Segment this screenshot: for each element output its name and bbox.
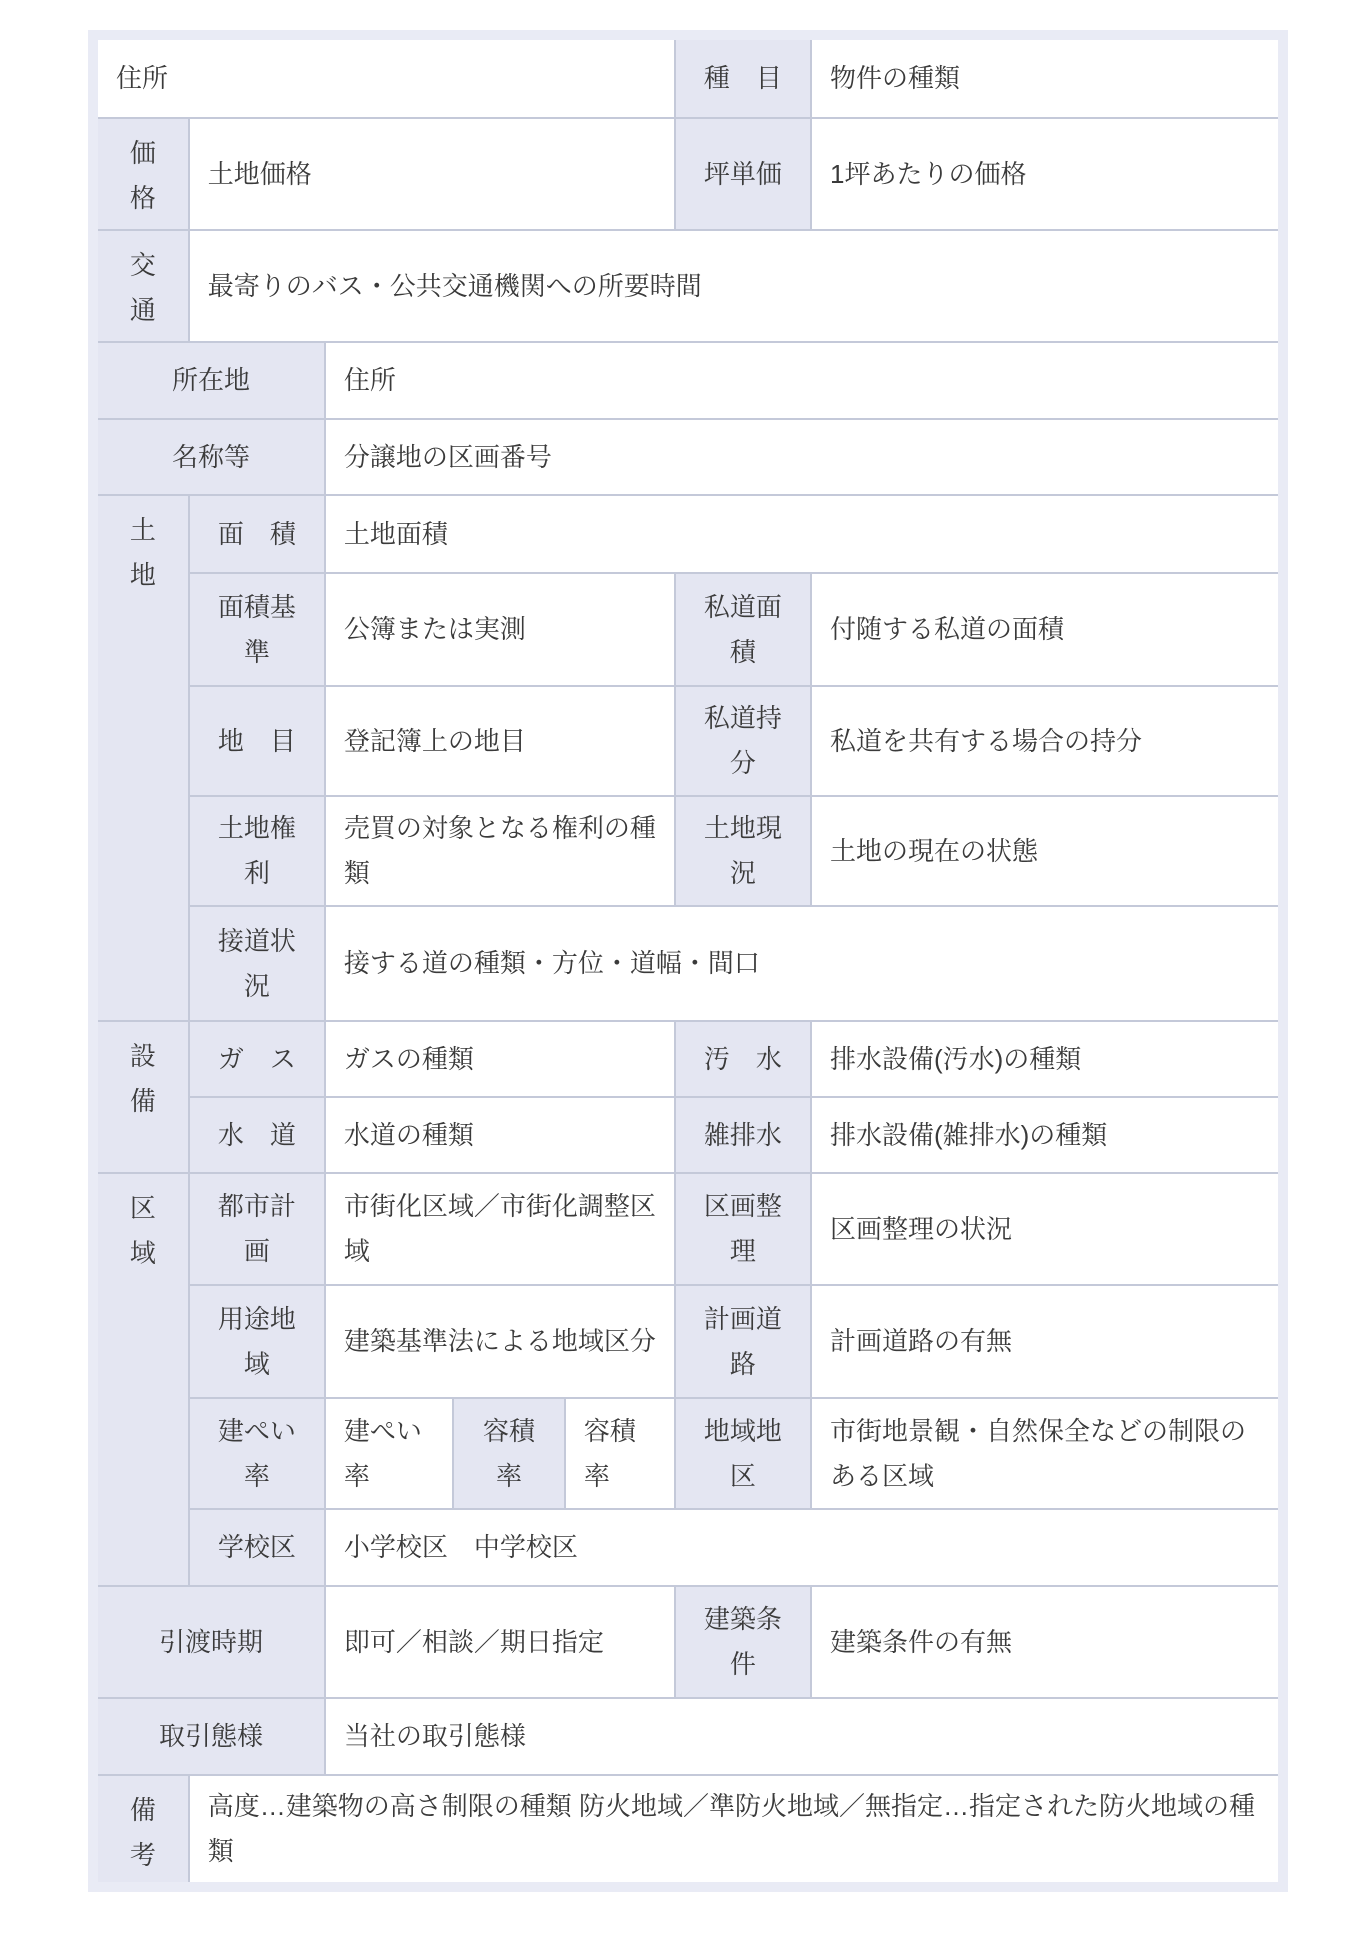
unit-price-header-cell: 坪単価 bbox=[675, 118, 811, 230]
planned-road-value-cell: 計画道路の有無 bbox=[811, 1285, 1283, 1398]
table-row: 設 備 ガ ス ガスの種類 汚 水 排水設備(汚水)の種類 bbox=[93, 1021, 1283, 1097]
road-access-value-cell: 接する道の種類・方位・道幅・間口 bbox=[325, 906, 1283, 1021]
road-access-header-cell: 接道状 況 bbox=[189, 906, 325, 1021]
table-row: 地 目 登記簿上の地目 私道持 分 私道を共有する場合の持分 bbox=[93, 686, 1283, 796]
table-row: 建ぺい 率 建ぺい 率 容積 率 容積 率 地域地 区 市街地景観・自然保全など… bbox=[93, 1398, 1283, 1509]
private-road-share-value-cell: 私道を共有する場合の持分 bbox=[811, 686, 1283, 796]
table-row: 備 考 高度…建築物の高さ制限の種類 防火地域／準防火地域／無指定…指定された防… bbox=[93, 1775, 1283, 1887]
name-header-cell: 名称等 bbox=[93, 419, 325, 495]
table-row: 土 地 面 積 土地面積 bbox=[93, 495, 1283, 573]
notes-header-cell: 備 考 bbox=[93, 1775, 189, 1887]
table-row: 住所 種 目 物件の種類 bbox=[93, 35, 1283, 118]
land-condition-value-cell: 土地の現在の状態 bbox=[811, 796, 1283, 906]
area-value-cell: 土地面積 bbox=[325, 495, 1283, 573]
table-row: 取引態様 当社の取引態様 bbox=[93, 1698, 1283, 1775]
table-row: 土地権 利 売買の対象となる権利の種類 土地現 況 土地の現在の状態 bbox=[93, 796, 1283, 906]
location-value-cell: 住所 bbox=[325, 342, 1283, 419]
building-conditions-value-cell: 建築条件の有無 bbox=[811, 1586, 1283, 1698]
table-row: 水 道 水道の種類 雑排水 排水設備(雑排水)の種類 bbox=[93, 1097, 1283, 1173]
notes-value-cell: 高度…建築物の高さ制限の種類 防火地域／準防火地域／無指定…指定された防火地域の… bbox=[189, 1775, 1283, 1887]
location-header-cell: 所在地 bbox=[93, 342, 325, 419]
table-row: 用途地 域 建築基準法による地域区分 計画道 路 計画道路の有無 bbox=[93, 1285, 1283, 1398]
coverage-ratio-value-cell: 建ぺい 率 bbox=[325, 1398, 453, 1509]
sewage-header-cell: 汚 水 bbox=[675, 1021, 811, 1097]
private-road-area-header-cell: 私道面 積 bbox=[675, 573, 811, 686]
table-row: 区 域 都市計 画 市街化区域／市街化調整区域 区画整 理 区画整理の状況 bbox=[93, 1173, 1283, 1285]
use-district-value-cell: 建築基準法による地域区分 bbox=[325, 1285, 675, 1398]
category-value-cell: 物件の種類 bbox=[811, 35, 1283, 118]
land-category-value-cell: 登記簿上の地目 bbox=[325, 686, 675, 796]
handover-value-cell: 即可／相談／期日指定 bbox=[325, 1586, 675, 1698]
table-row: 接道状 況 接する道の種類・方位・道幅・間口 bbox=[93, 906, 1283, 1021]
table-row: 価 格 土地価格 坪単価 1坪あたりの価格 bbox=[93, 118, 1283, 230]
zone-section-header-cell: 区 域 bbox=[93, 1173, 189, 1586]
use-district-header-cell: 用途地 域 bbox=[189, 1285, 325, 1398]
private-road-area-value-cell: 付随する私道の面積 bbox=[811, 573, 1283, 686]
coverage-ratio-header-cell: 建ぺい 率 bbox=[189, 1398, 325, 1509]
land-section-header-cell: 土 地 bbox=[93, 495, 189, 1021]
planned-road-header-cell: 計画道 路 bbox=[675, 1285, 811, 1398]
table-row: 交 通 最寄りのバス・公共交通機関への所要時間 bbox=[93, 230, 1283, 342]
sewage-value-cell: 排水設備(汚水)の種類 bbox=[811, 1021, 1283, 1097]
school-district-value-cell: 小学校区 中学校区 bbox=[325, 1509, 1283, 1586]
facilities-section-header-cell: 設 備 bbox=[93, 1021, 189, 1173]
price-header-cell: 価 格 bbox=[93, 118, 189, 230]
area-basis-value-cell: 公簿または実測 bbox=[325, 573, 675, 686]
transaction-type-header-cell: 取引態様 bbox=[93, 1698, 325, 1775]
table-row: 所在地 住所 bbox=[93, 342, 1283, 419]
transaction-type-value-cell: 当社の取引態様 bbox=[325, 1698, 1283, 1775]
price-value-cell: 土地価格 bbox=[189, 118, 675, 230]
district-zone-value-cell: 市街地景観・自然保全などの制限のある区域 bbox=[811, 1398, 1283, 1509]
floor-area-ratio-value-cell: 容積 率 bbox=[565, 1398, 675, 1509]
floor-area-ratio-header-cell: 容積 率 bbox=[453, 1398, 565, 1509]
land-readjustment-header-cell: 区画整 理 bbox=[675, 1173, 811, 1285]
gas-header-cell: ガ ス bbox=[189, 1021, 325, 1097]
water-value-cell: 水道の種類 bbox=[325, 1097, 675, 1173]
table-row: 面積基 準 公簿または実測 私道面 積 付随する私道の面積 bbox=[93, 573, 1283, 686]
gas-value-cell: ガスの種類 bbox=[325, 1021, 675, 1097]
city-planning-header-cell: 都市計 画 bbox=[189, 1173, 325, 1285]
property-legend-table: 住所 種 目 物件の種類 価 格 土地価格 坪単価 1坪あたりの価格 交 通 最… bbox=[88, 30, 1288, 1892]
address-value-cell: 住所 bbox=[93, 35, 675, 118]
city-planning-value-cell: 市街化区域／市街化調整区域 bbox=[325, 1173, 675, 1285]
name-value-cell: 分譲地の区画番号 bbox=[325, 419, 1283, 495]
land-category-header-cell: 地 目 bbox=[189, 686, 325, 796]
unit-price-value-cell: 1坪あたりの価格 bbox=[811, 118, 1283, 230]
greywater-header-cell: 雑排水 bbox=[675, 1097, 811, 1173]
land-condition-header-cell: 土地現 況 bbox=[675, 796, 811, 906]
land-rights-value-cell: 売買の対象となる権利の種類 bbox=[325, 796, 675, 906]
transport-value-cell: 最寄りのバス・公共交通機関への所要時間 bbox=[189, 230, 1283, 342]
private-road-share-header-cell: 私道持 分 bbox=[675, 686, 811, 796]
transport-header-cell: 交 通 bbox=[93, 230, 189, 342]
greywater-value-cell: 排水設備(雑排水)の種類 bbox=[811, 1097, 1283, 1173]
building-conditions-header-cell: 建築条 件 bbox=[675, 1586, 811, 1698]
category-header-cell: 種 目 bbox=[675, 35, 811, 118]
table-row: 名称等 分譲地の区画番号 bbox=[93, 419, 1283, 495]
land-rights-header-cell: 土地権 利 bbox=[189, 796, 325, 906]
handover-header-cell: 引渡時期 bbox=[93, 1586, 325, 1698]
table-row: 学校区 小学校区 中学校区 bbox=[93, 1509, 1283, 1586]
table-row: 引渡時期 即可／相談／期日指定 建築条 件 建築条件の有無 bbox=[93, 1586, 1283, 1698]
land-readjustment-value-cell: 区画整理の状況 bbox=[811, 1173, 1283, 1285]
district-zone-header-cell: 地域地 区 bbox=[675, 1398, 811, 1509]
school-district-header-cell: 学校区 bbox=[189, 1509, 325, 1586]
area-header-cell: 面 積 bbox=[189, 495, 325, 573]
area-basis-header-cell: 面積基 準 bbox=[189, 573, 325, 686]
water-header-cell: 水 道 bbox=[189, 1097, 325, 1173]
